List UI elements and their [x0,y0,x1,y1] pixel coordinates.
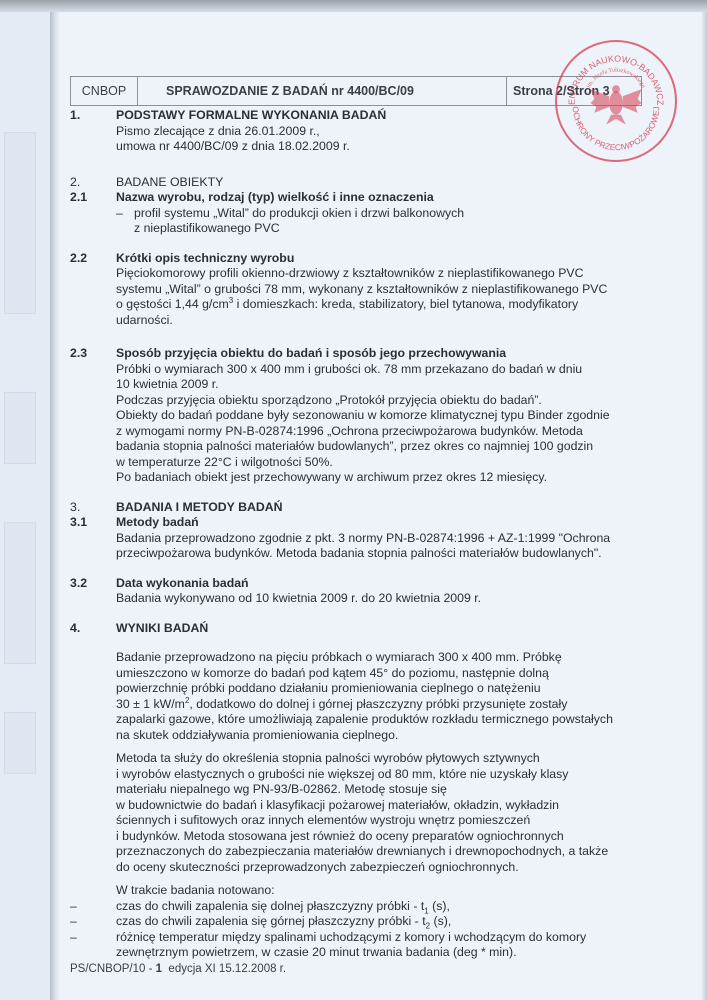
section-number: 2.2 [70,251,116,329]
header-title: SPRAWOZDANIE Z BADAŃ nr 4400/BC/09 [138,77,507,105]
text-line: zewnętrznym powietrzem, w czasie 20 minu… [116,945,586,961]
section-number: 4. [70,621,116,899]
text-line: W trakcie badania notowano: [116,883,690,899]
text-line: z nieplastifikowanego PVC [134,221,464,237]
text-line: Metoda ta służy do określenia stopnia pa… [116,751,690,767]
section-number: 2.1 [70,190,116,237]
section-4: 4. WYNIKI BADAŃ Badanie przeprowadzono n… [70,621,690,899]
dash-bullet: – [70,930,116,961]
section-1: 1. PODSTAWY FORMALNE WYKONANIA BADAŃ Pis… [70,108,690,155]
text-line: do oceny skuteczności przeprowadzonych z… [116,860,690,876]
section-2-1: 2.1 Nazwa wyrobu, rodzaj (typ) wielkość … [70,190,690,237]
text-line: Pięciokomorowy profili okienno-drzwiowy … [116,266,690,282]
text-line: Obiekty do badań poddane były sezonowani… [116,408,690,424]
text-line: Podczas przyjęcia obiektu sporządzono „P… [116,393,690,409]
dash-bullet: – [70,914,116,930]
text-line: przeciwpożarowa budynków. Metoda badania… [116,546,690,562]
text-line: Badania wykonywano od 10 kwietnia 2009 r… [116,591,690,607]
text-line: Badanie przeprowadzono na pięciu próbkac… [116,650,690,666]
text-line: zapalarki gazowe, które umożliwiają zapa… [116,712,690,728]
text-line: i wyrobów elastycznych o grubości nie wi… [116,767,690,783]
section-3-2: 3.2 Data wykonania badań Badania wykonyw… [70,576,690,607]
section-number: 3.2 [70,576,116,607]
section-number: 3. [70,500,116,516]
dash-bullet: – [70,899,116,915]
text-line: udarności. [116,313,690,329]
text-line: Po badaniach obiekt jest przechowywany w… [116,470,690,486]
list-item: – czas do chwili zapalenia się górnej pł… [70,914,690,930]
section-title: WYNIKI BADAŃ [116,621,690,637]
adjacent-page-bleed [0,12,52,1000]
document-footer: PS/CNBOP/10 - 1 edycja XI 15.12.2008 r. [70,963,286,975]
ghost-box [4,522,36,664]
dash-bullet: – [116,206,134,237]
section-3: 3. BADANIA I METODY BADAŃ [70,500,690,516]
text-line: profil systemu „Wital” do produkcji okie… [134,206,464,222]
text-line: różnicę temperatur między spalinami ucho… [116,930,586,946]
text-line: 10 kwietnia 2009 r. [116,377,690,393]
text-line: umowa nr 4400/BC/09 z dnia 18.02.2009 r. [116,139,690,155]
section-2-3: 2.3 Sposób przyjęcia obiektu do badań i … [70,346,690,486]
text-line: umieszczono w komorze do badań pod kątem… [116,666,690,682]
text-line: powierzchnię próbki poddano działaniu pr… [116,681,690,697]
text-line: o gęstości 1,44 g/cm3 i domieszkach: kre… [116,297,690,313]
page-fold-shadow [50,12,60,1000]
text-line: systemu „Wital” o grubości 78 mm, wykona… [116,282,690,298]
ghost-box [4,132,36,314]
section-title: Metody badań [116,515,690,531]
text-line: Pismo zlecające z dnia 26.01.2009 r., [116,124,690,140]
text-line: ściennych i sufitowych oraz innych eleme… [116,813,690,829]
list-item: – czas do chwili zapalenia się dolnej pł… [70,899,690,915]
section-2: 2. BADANE OBIEKTY [70,175,690,191]
section-title: BADANIA I METODY BADAŃ [116,500,690,516]
section-number: 3.1 [70,515,116,562]
section-2-2: 2.2 Krótki opis techniczny wyrobu Pięcio… [70,251,690,329]
text-line: materiału niepalnego wg PN-93/B-02862. M… [116,782,690,798]
ghost-box [4,712,36,774]
text-line: badania stopnia palności materiałów budo… [116,439,690,455]
text-line: przeznaczonych do zabezpieczania materia… [116,844,690,860]
section-title: BADANE OBIEKTY [116,175,690,191]
section-3-1: 3.1 Metody badań Badania przeprowadzono … [70,515,690,562]
section-title: Sposób przyjęcia obiektu do badań i spos… [116,346,690,362]
scan-right-edge [701,12,707,1000]
footer-code: PS/CNBOP/10 - [70,963,156,975]
header-org: CNBOP [71,77,138,105]
scan-top-edge [0,0,707,12]
section-number: 1. [70,108,116,155]
text-line: z wymogami normy PN-B-02874:1996 „Ochron… [116,424,690,440]
list-item: – różnicę temperatur między spalinami uc… [70,930,690,961]
section-title: Data wykonania badań [116,576,690,592]
text-line: Próbki o wymiarach 300 x 400 mm i gruboś… [116,362,690,378]
text-line: na skutek oddziaływania promieniowania c… [116,728,690,744]
report-body: 1. PODSTAWY FORMALNE WYKONANIA BADAŃ Pis… [70,108,690,961]
text-line: w temperaturze 22°C i wilgotności 50%. [116,455,690,471]
footer-edition: edycja XI 15.12.2008 r. [162,963,286,975]
text-line: Badania przeprowadzono zgodnie z pkt. 3 … [116,531,690,547]
ghost-box [4,392,36,464]
section-title: Krótki opis techniczny wyrobu [116,251,690,267]
section-number: 2.3 [70,346,116,486]
section-number: 2. [70,175,116,191]
section-title: Nazwa wyrobu, rodzaj (typ) wielkość i in… [116,190,690,206]
text-line: i budynków. Metoda stosowana jest równie… [116,829,690,845]
text-line: 30 ± 1 kW/m2, dodatkowo do dolnej i górn… [116,697,690,713]
section-title: PODSTAWY FORMALNE WYKONANIA BADAŃ [116,108,690,124]
text-line: w budownictwie do badań i klasyfikacji p… [116,798,690,814]
